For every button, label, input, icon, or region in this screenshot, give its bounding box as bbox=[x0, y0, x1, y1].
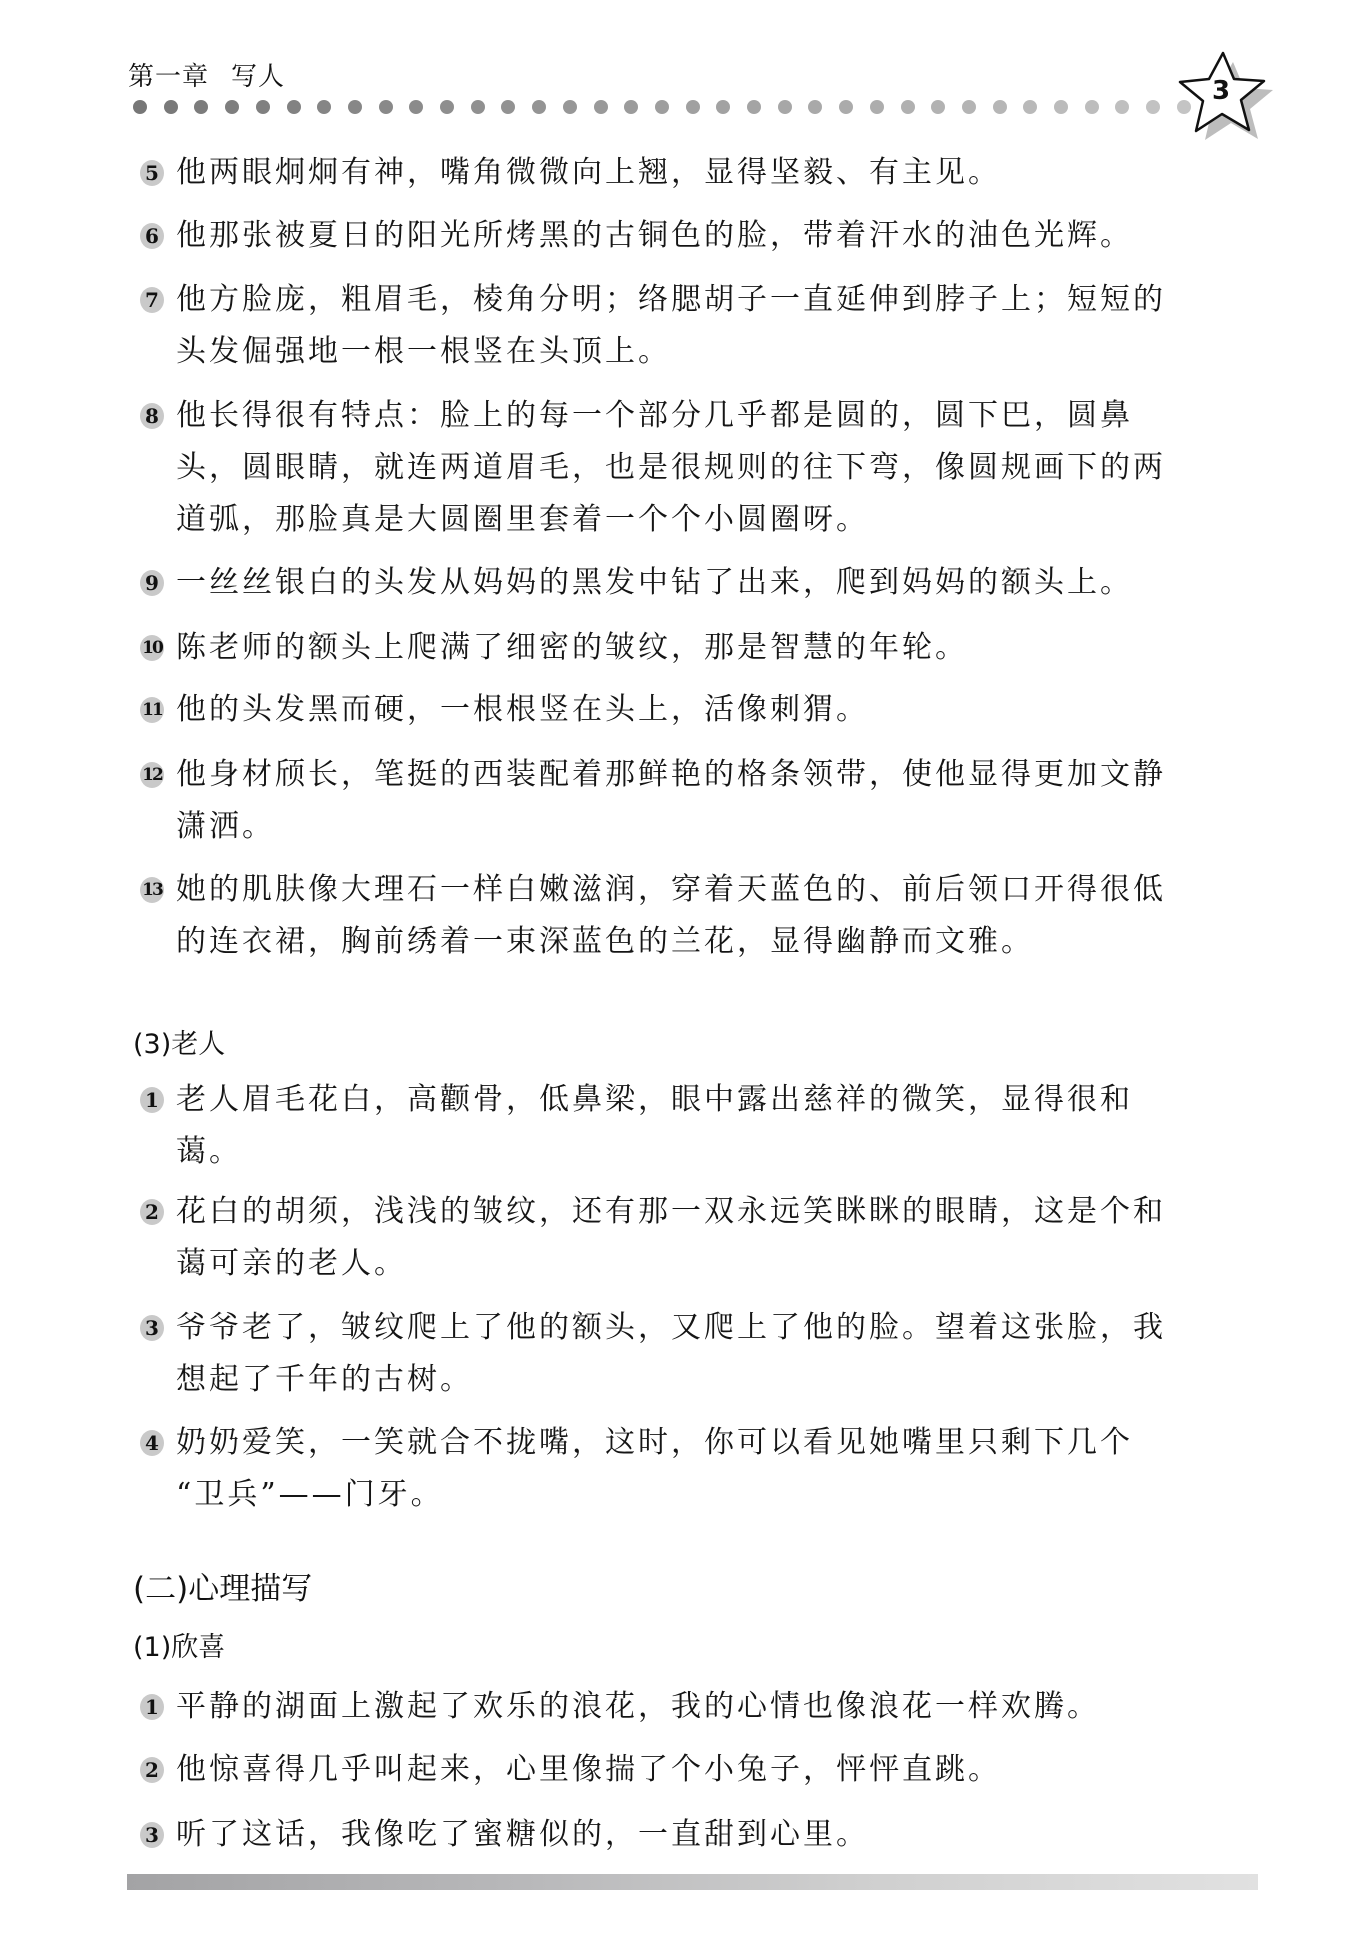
item-line: 陈老师的额头上爬满了细密的皱纹，那是智慧的年轮。 bbox=[176, 622, 1260, 674]
decorative-dot bbox=[1115, 100, 1129, 114]
item-line: 他的头发黑而硬，一根根竖在头上，活像刺猬。 bbox=[176, 684, 1260, 736]
decorative-dot bbox=[440, 100, 454, 114]
decorative-dot bbox=[348, 100, 362, 114]
decorative-dot bbox=[716, 100, 730, 114]
item-line: 花白的胡须，浅浅的皱纹，还有那一双永远笑眯眯的眼睛，这是个和 bbox=[176, 1186, 1260, 1238]
decorative-dot bbox=[1023, 100, 1037, 114]
decorative-dot bbox=[194, 100, 208, 114]
list-item: 4 奶奶爱笑，一笑就合不拢嘴，这时，你可以看见她嘴里只剩下几个 “卫兵”——门牙… bbox=[140, 1417, 1260, 1521]
item-line: 她的肌肤像大理石一样白嫩滋润，穿着天蓝色的、前后领口开得很低 bbox=[176, 864, 1260, 916]
subsection-heading-joy: (1)欣喜 bbox=[133, 1625, 225, 1664]
item-line: 的连衣裙，胸前绣着一束深蓝色的兰花，显得幽静而文雅。 bbox=[176, 916, 1260, 968]
chapter-number: 第一章 bbox=[128, 62, 209, 92]
item-line: 听了这话，我像吃了蜜糖似的，一直甜到心里。 bbox=[176, 1809, 1260, 1861]
list-item: 11 他的头发黑而硬，一根根竖在头上，活像刺猬。 bbox=[140, 684, 1260, 736]
decorative-dot bbox=[808, 100, 822, 114]
number-badge: 9 bbox=[140, 570, 164, 596]
number-badge: 2 bbox=[140, 1199, 164, 1225]
number-badge: 13 bbox=[140, 877, 164, 903]
item-line: 平静的湖面上激起了欢乐的浪花，我的心情也像浪花一样欢腾。 bbox=[176, 1681, 1260, 1733]
chapter-header: 第一章写人 bbox=[128, 56, 285, 93]
decorative-dot bbox=[778, 100, 792, 114]
decorative-dot bbox=[993, 100, 1007, 114]
number-badge: 1 bbox=[140, 1694, 164, 1720]
decorative-dot bbox=[686, 100, 700, 114]
number-badge: 1 bbox=[140, 1087, 164, 1113]
item-line: 老人眉毛花白，高颧骨，低鼻梁，眼中露出慈祥的微笑，显得很和 bbox=[176, 1074, 1260, 1126]
decorative-dot bbox=[379, 100, 393, 114]
number-badge: 3 bbox=[140, 1315, 164, 1341]
decorative-dot bbox=[563, 100, 577, 114]
decorative-dot bbox=[1085, 100, 1099, 114]
item-line: “卫兵”——门牙。 bbox=[176, 1469, 1260, 1521]
decorative-dot bbox=[747, 100, 761, 114]
item-line: 他方脸庞，粗眉毛，棱角分明；络腮胡子一直延伸到脖子上；短短的 bbox=[176, 274, 1260, 326]
item-line: 头发倔强地一根一根竖在头顶上。 bbox=[176, 326, 1260, 378]
item-line: 头，圆眼睛，就连两道眉毛，也是很规则的往下弯，像圆规画下的两 bbox=[176, 442, 1260, 494]
number-badge: 4 bbox=[140, 1430, 164, 1456]
decorative-dot bbox=[839, 100, 853, 114]
item-line: 他惊喜得几乎叫起来，心里像揣了个小兔子，怦怦直跳。 bbox=[176, 1744, 1260, 1796]
number-badge: 5 bbox=[140, 160, 164, 186]
decorative-dot-row bbox=[133, 100, 1233, 114]
decorative-dot bbox=[133, 100, 147, 114]
list-item: 12 他身材颀长，笔挺的西装配着那鲜艳的格条领带，使他显得更加文静 潇洒。 bbox=[140, 749, 1260, 853]
number-badge: 6 bbox=[140, 223, 164, 249]
decorative-dot bbox=[409, 100, 423, 114]
list-item: 13 她的肌肤像大理石一样白嫩滋润，穿着天蓝色的、前后领口开得很低 的连衣裙，胸… bbox=[140, 864, 1260, 968]
decorative-dot bbox=[317, 100, 331, 114]
list-item: 3 听了这话，我像吃了蜜糖似的，一直甜到心里。 bbox=[140, 1809, 1260, 1861]
list-item: 7 他方脸庞，粗眉毛，棱角分明；络腮胡子一直延伸到脖子上；短短的 头发倔强地一根… bbox=[140, 274, 1260, 378]
number-badge: 12 bbox=[140, 762, 164, 788]
item-line: 蔼可亲的老人。 bbox=[176, 1238, 1260, 1290]
item-line: 潇洒。 bbox=[176, 801, 1260, 853]
list-item: 2 花白的胡须，浅浅的皱纹，还有那一双永远笑眯眯的眼睛，这是个和 蔼可亲的老人。 bbox=[140, 1186, 1260, 1290]
number-badge: 10 bbox=[140, 635, 164, 661]
decorative-dot bbox=[471, 100, 485, 114]
decorative-dot bbox=[501, 100, 515, 114]
list-item: 5 他两眼炯炯有神，嘴角微微向上翘，显得坚毅、有主见。 bbox=[140, 147, 1260, 199]
list-item: 1 老人眉毛花白，高颧骨，低鼻梁，眼中露出慈祥的微笑，显得很和 蔼。 bbox=[140, 1074, 1260, 1178]
item-line: 他身材颀长，笔挺的西装配着那鲜艳的格条领带，使他显得更加文静 bbox=[176, 749, 1260, 801]
item-line: 奶奶爱笑，一笑就合不拢嘴，这时，你可以看见她嘴里只剩下几个 bbox=[176, 1417, 1260, 1469]
decorative-dot bbox=[256, 100, 270, 114]
decorative-dot bbox=[901, 100, 915, 114]
section-heading-psychology: (二)心理描写 bbox=[133, 1563, 312, 1608]
number-badge: 7 bbox=[140, 287, 164, 313]
item-line: 他两眼炯炯有神，嘴角微微向上翘，显得坚毅、有主见。 bbox=[176, 147, 1260, 199]
list-item: 8 他长得很有特点：脸上的每一个部分几乎都是圆的，圆下巴，圆鼻 头，圆眼睛，就连… bbox=[140, 390, 1260, 546]
item-line: 他长得很有特点：脸上的每一个部分几乎都是圆的，圆下巴，圆鼻 bbox=[176, 390, 1260, 442]
number-badge: 3 bbox=[140, 1822, 164, 1848]
decorative-dot bbox=[931, 100, 945, 114]
footer-gradient-bar bbox=[127, 1874, 1258, 1890]
decorative-dot bbox=[1054, 100, 1068, 114]
item-line: 他那张被夏日的阳光所烤黑的古铜色的脸，带着汗水的油色光辉。 bbox=[176, 210, 1260, 262]
decorative-dot bbox=[962, 100, 976, 114]
number-badge: 11 bbox=[140, 697, 164, 723]
decorative-dot bbox=[594, 100, 608, 114]
list-item: 9 一丝丝银白的头发从妈妈的黑发中钻了出来，爬到妈妈的额头上。 bbox=[140, 557, 1260, 609]
section-heading-elderly: (3)老人 bbox=[133, 1022, 225, 1061]
decorative-dot bbox=[870, 100, 884, 114]
item-line: 爷爷老了，皱纹爬上了他的额头，又爬上了他的脸。望着这张脸，我 bbox=[176, 1302, 1260, 1354]
decorative-dot bbox=[225, 100, 239, 114]
decorative-dot bbox=[655, 100, 669, 114]
decorative-dot bbox=[287, 100, 301, 114]
page-number: 3 bbox=[1206, 76, 1236, 106]
list-item: 6 他那张被夏日的阳光所烤黑的古铜色的脸，带着汗水的油色光辉。 bbox=[140, 210, 1260, 262]
list-item: 10 陈老师的额头上爬满了细密的皱纹，那是智慧的年轮。 bbox=[140, 622, 1260, 674]
decorative-dot bbox=[164, 100, 178, 114]
number-badge: 8 bbox=[140, 403, 164, 429]
item-line: 一丝丝银白的头发从妈妈的黑发中钻了出来，爬到妈妈的额头上。 bbox=[176, 557, 1260, 609]
list-item: 3 爷爷老了，皱纹爬上了他的额头，又爬上了他的脸。望着这张脸，我 想起了千年的古… bbox=[140, 1302, 1260, 1406]
number-badge: 2 bbox=[140, 1757, 164, 1783]
list-item: 2 他惊喜得几乎叫起来，心里像揣了个小兔子，怦怦直跳。 bbox=[140, 1744, 1260, 1796]
item-line: 道弧，那脸真是大圆圈里套着一个个小圆圈呀。 bbox=[176, 494, 1260, 546]
decorative-dot bbox=[1146, 100, 1160, 114]
item-line: 想起了千年的古树。 bbox=[176, 1354, 1260, 1406]
chapter-title: 写人 bbox=[231, 62, 285, 92]
decorative-dot bbox=[532, 100, 546, 114]
list-item: 1 平静的湖面上激起了欢乐的浪花，我的心情也像浪花一样欢腾。 bbox=[140, 1681, 1260, 1733]
item-line: 蔼。 bbox=[176, 1126, 1260, 1178]
decorative-dot bbox=[624, 100, 638, 114]
